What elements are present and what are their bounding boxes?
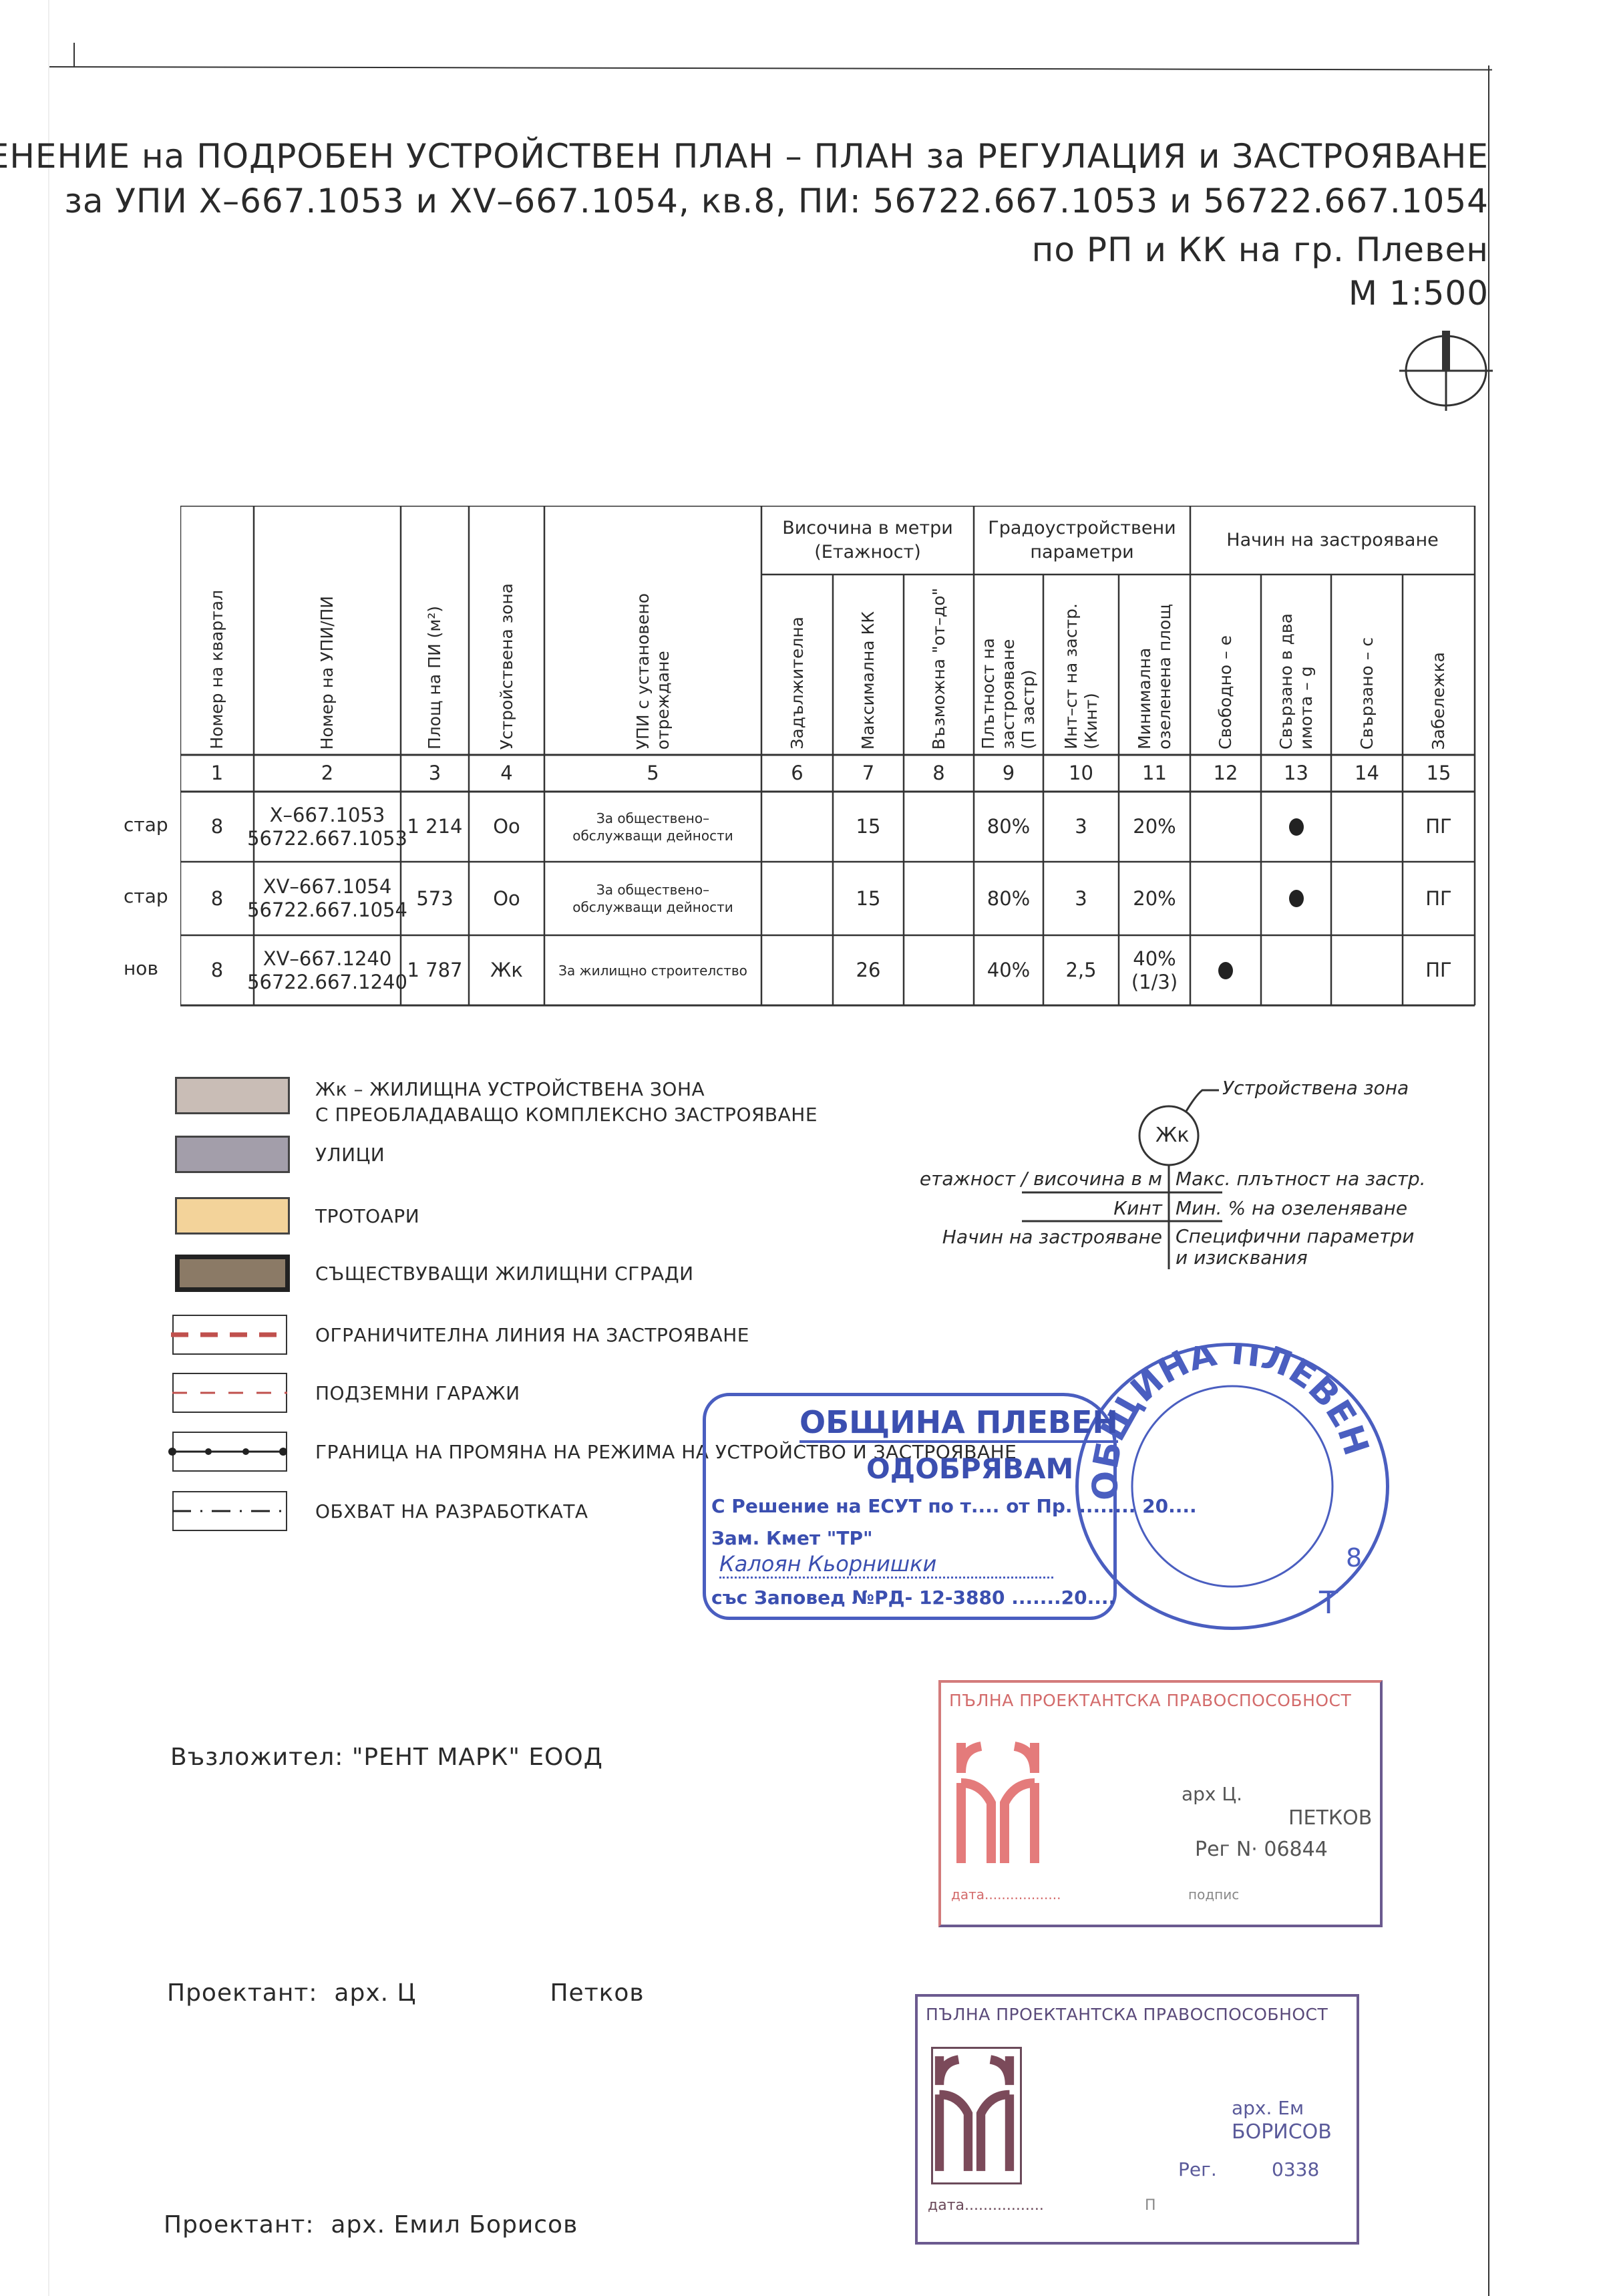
column-number: 10 (1043, 755, 1119, 792)
column-header-label: Номер на УПИ/ПИ (317, 596, 337, 750)
approval-role: Зам. Кмет "ТР" (711, 1527, 873, 1549)
table-cell (1190, 935, 1261, 1005)
column-header-label: УПИ с установено отреждане (633, 593, 673, 750)
column-header-label: Инт–ст на застр. (Кинт) (1061, 603, 1101, 750)
license-2-reg: 0338 (1272, 2158, 1319, 2180)
table-cell (1331, 935, 1403, 1005)
license-1-date: дата.................. (951, 1887, 1061, 1903)
title-line-3: по РП и КК на гр. Плевен (1032, 230, 1489, 269)
table-cell: ПГ (1403, 792, 1475, 862)
row-status-label: стар (124, 885, 168, 907)
approval-action: ОДОБРЯВАМ (866, 1452, 1073, 1485)
table-cell (904, 935, 974, 1005)
approval-signature: Калоян Кьорнишки (719, 1551, 1053, 1579)
key-right-3: Специфични параметри и изисквания (1176, 1226, 1414, 1269)
key-right-2: Мин. % на озеленяване (1176, 1197, 1407, 1219)
column-number: 9 (974, 755, 1043, 792)
table-cell: 40% (1/3) (1119, 935, 1190, 1005)
table-cell: 3 (1043, 792, 1119, 862)
license-stamp-petkov: ПЪЛНА ПРОЕКТАНТСКА ПРАВОСПОСОБНОСТ арх Ц… (938, 1680, 1383, 1927)
legend-line-sample (172, 1373, 287, 1413)
filled-dot-icon (1289, 818, 1304, 836)
license-2-sign: П (1145, 2197, 1156, 2214)
frame-top-border (49, 66, 1492, 71)
column-header: Минимална озеленена площ (1119, 580, 1190, 750)
frame-tick (73, 43, 75, 67)
table-cell (904, 792, 974, 862)
column-header-label: Възможна "от–до" (929, 588, 949, 750)
designer-1-title: арх. Ц (334, 1979, 416, 2007)
table-cell: ПГ (1403, 862, 1475, 935)
legend-line-sample (172, 1315, 287, 1355)
column-header: Устройствена зона (469, 511, 544, 750)
table-cell: 26 (833, 935, 904, 1005)
table-cell: 15 (833, 792, 904, 862)
column-group-header: Височина в метри (Етажност) (761, 506, 974, 575)
key-left-3: Начин на застрояване (942, 1226, 1162, 1248)
column-header: Номер на квартал (180, 511, 254, 750)
kab-logo-icon (931, 2047, 1022, 2184)
table-cell: 1 214 (401, 792, 469, 862)
column-group-header: Начин на застрояване (1190, 506, 1475, 575)
table-cell: Жк (469, 935, 544, 1005)
designer-1-name: Петков (550, 1979, 644, 2007)
legend-label: ОГРАНИЧИТЕЛНА ЛИНИЯ НА ЗАСТРОЯВАНЕ (315, 1323, 749, 1348)
table-cell: 3 (1043, 862, 1119, 935)
table-cell (1261, 792, 1331, 862)
key-left-2: Кинт (1113, 1197, 1162, 1219)
table-cell: 1 787 (401, 935, 469, 1005)
column-header: Свободно – е (1190, 580, 1261, 750)
column-header: Свързано в два имота – g (1261, 580, 1331, 750)
table-cell (904, 862, 974, 935)
designer-2-name: Емил Борисов (394, 2211, 578, 2239)
column-header-label: Номер на квартал (207, 590, 227, 750)
filled-dot-icon (1218, 962, 1233, 979)
table-cell: За обществено–обслужващи дейности (544, 792, 761, 862)
frame-edge (48, 0, 49, 2296)
column-header: Задължителна (761, 580, 833, 750)
table-cell: XV–667.1054 56722.667.1054 (254, 862, 401, 935)
license-1-reg: Рег N· 06844 (1195, 1838, 1328, 1861)
filled-dot-icon (1289, 890, 1304, 907)
table-cell (1261, 862, 1331, 935)
column-number: 14 (1331, 755, 1403, 792)
table-cell: Оо (469, 862, 544, 935)
table-cell (1190, 792, 1261, 862)
column-number: 1 (180, 755, 254, 792)
table-cell (761, 792, 833, 862)
table-cell (1331, 862, 1403, 935)
table-cell: 2,5 (1043, 935, 1119, 1005)
license-1-title: арх Ц. (1182, 1783, 1242, 1805)
table-cell: Оо (469, 792, 544, 862)
license-1-sign: подпис (1188, 1887, 1239, 1903)
column-number: 4 (469, 755, 544, 792)
column-number: 2 (254, 755, 401, 792)
column-number: 6 (761, 755, 833, 792)
legend-label: ОБХВАТ НА РАЗРАБОТКАТА (315, 1499, 588, 1524)
legend-label: ПОДЗЕМНИ ГАРАЖИ (315, 1381, 520, 1406)
zone-key-diagram: Жк Устройствена зона етажност / височина… (882, 1055, 1483, 1283)
client-label: Възложител: "РЕНТ МАРК" ЕООД (170, 1744, 603, 1771)
license-2-name: БОРИСОВ (1232, 2120, 1332, 2144)
license-2-header: ПЪЛНА ПРОЕКТАНТСКА ПРАВОСПОСОБНОСТ (926, 2005, 1328, 2024)
approval-decision: С Решение на ЕСУТ по т.... от Пр. ......… (711, 1495, 1197, 1517)
column-header: Възможна "от–до" (904, 580, 974, 750)
column-header-label: Устройствена зона (497, 583, 517, 750)
column-header: Номер на УПИ/ПИ (254, 511, 401, 750)
column-number: 15 (1403, 755, 1475, 792)
svg-text:8: 8 (1346, 1543, 1362, 1573)
approval-order: със Заповед №РД- 12-3880 .......20.... (711, 1587, 1115, 1609)
parameters-table: Височина в метри (Етажност)Градоустройст… (180, 506, 1475, 1005)
table-cell: 8 (180, 935, 254, 1005)
approval-org: ОБЩИНА ПЛЕВЕН (799, 1404, 1118, 1443)
license-2-reg-label: Рег. (1178, 2158, 1217, 2180)
table-cell: За обществено–обслужващи дейности (544, 862, 761, 935)
designer-1: Проектант: арх. ЦПетков (167, 1979, 645, 2007)
table-cell: За жилищно строителство (544, 935, 761, 1005)
column-header-label: Свързано в два имота – g (1276, 613, 1316, 750)
column-header-label: Забележка (1429, 652, 1449, 750)
column-header-label: Максимална КК (858, 611, 878, 750)
column-number: 11 (1119, 755, 1190, 792)
legend-line-sample (172, 1491, 287, 1531)
svg-text:Т: Т (1318, 1585, 1338, 1621)
license-2-date: дата................. (928, 2197, 1044, 2214)
legend-swatch (175, 1255, 290, 1292)
column-number: 13 (1261, 755, 1331, 792)
row-status-label: нов (124, 957, 158, 979)
column-number: 12 (1190, 755, 1261, 792)
column-header-label: Свободно – е (1216, 635, 1236, 750)
approval-stamp: ОБЩИНА ПЛЕВЕН ОДОБРЯВАМ С Решение на ЕСУ… (703, 1393, 1117, 1620)
column-header-label: Свързано – с (1357, 637, 1377, 750)
license-stamp-borisov: ПЪЛНА ПРОЕКТАНТСКА ПРАВОСПОСОБНОСТ арх. … (915, 1994, 1359, 2245)
column-number: 5 (544, 755, 761, 792)
column-header: УПИ с установено отреждане (544, 511, 761, 750)
table-cell: 8 (180, 862, 254, 935)
table-cell: XV–667.1240 56722.667.1240 (254, 935, 401, 1005)
table-cell (1331, 792, 1403, 862)
column-header: Свързано – с (1331, 580, 1403, 750)
table-cell (761, 935, 833, 1005)
title-line-1: ИЗМЕНЕНИЕ на ПОДРОБЕН УСТРОЙСТВЕН ПЛАН –… (0, 137, 1489, 176)
designer-1-label: Проектант: (167, 1979, 318, 2007)
title-line-2: за УПИ X–667.1053 и XV–667.1054, кв.8, П… (64, 182, 1489, 220)
designer-2: Проектант: арх. Емил Борисов (164, 2211, 578, 2239)
key-left-1: етажност / височина в м (920, 1168, 1162, 1190)
legend-line-sample (172, 1432, 287, 1472)
license-1-name: ПЕТКОВ (1288, 1806, 1372, 1830)
table-cell: 40% (974, 935, 1043, 1005)
license-2-title: арх. Ем (1232, 2097, 1304, 2119)
legend-label: ТРОТОАРИ (315, 1204, 419, 1229)
column-header: Забележка (1403, 580, 1475, 750)
legend-label: СЪЩЕСТВУВАЩИ ЖИЛИЩНИ СГРАДИ (315, 1261, 694, 1287)
kab-logo-icon (954, 1736, 1041, 1870)
column-number: 7 (833, 755, 904, 792)
legend-swatch (175, 1197, 290, 1235)
table-cell: 80% (974, 792, 1043, 862)
zone-label: Устройствена зона (1222, 1077, 1409, 1099)
municipal-seal: ОБЩИНА ПЛЕВЕН 8 Т (1075, 1343, 1389, 1630)
column-header: Площ на ПИ (м²) (401, 511, 469, 750)
table-cell (761, 862, 833, 935)
table-cell: 20% (1119, 792, 1190, 862)
key-right-1: Макс. плътност на застр. (1176, 1168, 1426, 1190)
table-cell: 15 (833, 862, 904, 935)
table-cell: ПГ (1403, 935, 1475, 1005)
zone-symbol: Жк (1155, 1124, 1189, 1147)
table-cell: 20% (1119, 862, 1190, 935)
table-cell: 573 (401, 862, 469, 935)
legend-label: УЛИЦИ (315, 1142, 385, 1168)
column-header: Максимална КК (833, 580, 904, 750)
column-header-label: Площ на ПИ (м²) (425, 606, 445, 750)
legend-label: Жк – ЖИЛИЩНА УСТРОЙСТВЕНА ЗОНА С ПРЕОБЛА… (315, 1077, 818, 1128)
column-header: Инт–ст на застр. (Кинт) (1043, 580, 1119, 750)
license-1-header: ПЪЛНА ПРОЕКТАНТСКА ПРАВОСПОСОБНОСТ (949, 1691, 1351, 1710)
legend-swatch (175, 1136, 290, 1173)
column-group-header: Градоустройствени параметри (974, 506, 1190, 575)
table-cell: X–667.1053 56722.667.1053 (254, 792, 401, 862)
table-cell: 8 (180, 792, 254, 862)
designer-2-title: арх. (331, 2211, 385, 2239)
column-header-label: Задължителна (787, 617, 808, 750)
row-status-label: стар (124, 814, 168, 836)
scale-label: М 1:500 (1349, 274, 1489, 313)
table-cell: 80% (974, 862, 1043, 935)
designer-2-label: Проектант: (164, 2211, 315, 2239)
north-compass-icon (1399, 324, 1493, 414)
column-header-label: Плътност на застрояване (П застр) (978, 638, 1039, 750)
column-header: Плътност на застрояване (П застр) (974, 580, 1043, 750)
table-cell (1261, 935, 1331, 1005)
legend-swatch (175, 1077, 290, 1114)
column-number: 8 (904, 755, 974, 792)
column-number: 3 (401, 755, 469, 792)
column-header-label: Минимална озеленена площ (1135, 604, 1175, 750)
table-cell (1190, 862, 1261, 935)
